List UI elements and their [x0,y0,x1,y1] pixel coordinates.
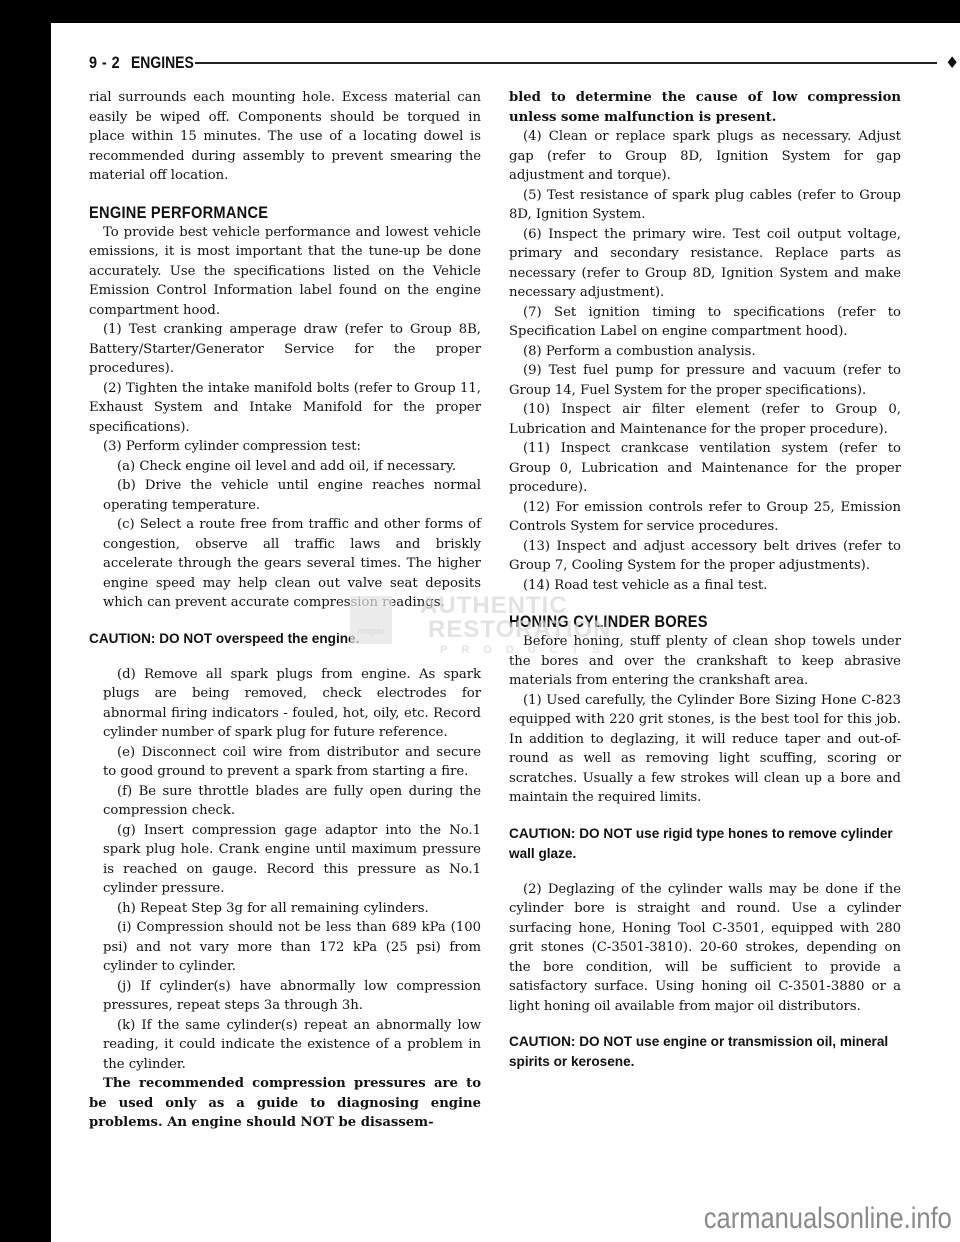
substep-f: (f) Be sure throttle blades are fully op… [103,782,481,821]
honing-step-1: (1) Used carefully, the Cylinder Bore Si… [509,691,901,808]
scan-border-top [0,0,960,23]
substep-g: (g) Insert compression gage adaptor into… [103,821,481,899]
step-11: (11) Inspect crankcase ventilation syste… [509,439,901,498]
caution-oil: CAUTION: DO NOT use engine or transmissi… [509,1032,901,1072]
section-title: ENGINES [131,53,182,73]
intro-continuation: rial surrounds each mounting hole. Exces… [89,88,481,186]
substep-i: (i) Compression should not be less than … [103,918,481,977]
step-7: (7) Set ignition timing to specification… [509,303,901,342]
substep-h: (h) Repeat Step 3g for all remaining cyl… [103,899,481,919]
step-12: (12) For emission controls refer to Grou… [509,498,901,537]
left-column: rial surrounds each mounting hole. Exces… [89,88,481,1133]
substep-d: (d) Remove all spark plugs from engine. … [103,665,481,743]
step-6: (6) Inspect the primary wire. Test coil … [509,225,901,303]
step-1: (1) Test cranking amperage draw (refer t… [89,320,481,379]
substep-a: (a) Check engine oil level and add oil, … [103,457,481,477]
step-10: (10) Inspect air filter element (refer t… [509,400,901,439]
step-13: (13) Inspect and adjust accessory belt d… [509,537,901,576]
compression-note-end: bled to determine the cause of low compr… [509,88,901,127]
step-8: (8) Perform a combustion analysis. [509,342,901,362]
step-4: (4) Clean or replace spark plugs as nece… [509,127,901,186]
caution-rigid-hones: CAUTION: DO NOT use rigid type hones to … [509,824,901,864]
substep-c: (c) Select a route free from traffic and… [103,515,481,613]
honing-step-2: (2) Deglazing of the cylinder walls may … [509,880,901,1017]
page-header: 9 - 2 ENGINES ♦ [89,48,960,78]
caution-overspeed: CAUTION: DO NOT overspeed the engine. [89,629,481,649]
compression-note: The recommended compression pressures ar… [89,1074,481,1133]
substep-e: (e) Disconnect coil wire from distributo… [103,743,481,782]
step-14: (14) Road test vehicle as a final test. [509,576,901,596]
engine-performance-intro: To provide best vehicle performance and … [89,223,481,321]
header-rule [195,62,937,64]
diamond-icon: ♦ [945,55,959,71]
honing-intro: Before honing, stuff plenty of clean sho… [509,632,901,691]
substep-b: (b) Drive the vehicle until engine reach… [103,476,481,515]
scan-border-left [0,0,51,1242]
heading-honing-cylinder-bores: HONING CYLINDER BORES [509,612,846,632]
step-2: (2) Tighten the intake manifold bolts (r… [89,379,481,438]
page-number: 9 - 2 [89,53,125,73]
step-9: (9) Test fuel pump for pressure and vacu… [509,361,901,400]
site-watermark: carmanualsonline.info [704,1202,952,1236]
heading-engine-performance: ENGINE PERFORMANCE [89,203,426,223]
step-5: (5) Test resistance of spark plug cables… [509,186,901,225]
right-column: bled to determine the cause of low compr… [509,88,901,1088]
step-3: (3) Perform cylinder compression test: [89,437,481,457]
substep-j: (j) If cylinder(s) have abnormally low c… [103,977,481,1016]
substep-k: (k) If the same cylinder(s) repeat an ab… [103,1016,481,1075]
